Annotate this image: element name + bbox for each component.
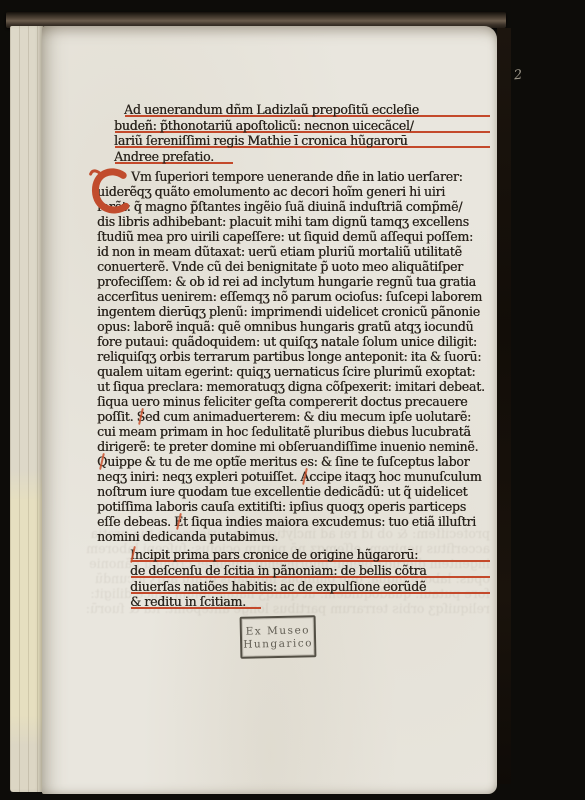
body-line: id non in meam dũtaxat: uerũ etiam pluri… (97, 244, 493, 259)
body-line: potiſſima laboris cauſa extitiſti: ipſiu… (97, 499, 493, 514)
preface-heading: Ad uenerandum dñm Ladizlaũ prepoſitũ ecc… (114, 102, 493, 164)
body-line: ut ſiqua preclara: memoratuqʒ digna cõſp… (97, 379, 493, 394)
body-line: conuerterẽ. Vnde cũ dei benignitate p̃ u… (97, 259, 493, 274)
gutter-page-edges (10, 26, 43, 792)
rubricated-capital: A (300, 469, 309, 484)
incipit-line: diuerſas natiões habitis: ac de expulſio… (130, 579, 493, 595)
rubricated-capital: S (137, 409, 145, 424)
incipit-rubric: Incipit prima pars cronice de origine hũ… (130, 547, 493, 609)
book-cover-right-edge (497, 28, 511, 784)
stamp-text-line: Hungarico (243, 637, 313, 650)
body-line: profeciſſem: & ob id rei ad inclytum hun… (97, 274, 493, 289)
body-line: qualem uitam egerint: quiqʒ uernaticus ſ… (97, 364, 493, 379)
body-line: fore putaui: quãdoquidem: ut quiſqʒ nata… (97, 334, 493, 349)
book-photo-scene: 2 profeciſſem: & ob id rei ad inclytum h… (0, 0, 585, 800)
body-line: nomini dedicanda putabimus. (97, 529, 493, 544)
heading-line: lariũ ſereniſſimi regis Mathie ī cronica… (114, 133, 493, 149)
body-line: ſiqua uero minus feliciter geſta compere… (97, 394, 493, 409)
body-line: cui meam primam in hoc ſedulitatẽ plurib… (97, 424, 493, 439)
manuscript-page: 2 profeciſſem: & ob id rei ad inclytum h… (42, 26, 497, 794)
body-line: noſtrum iure quodam tue excellentie dedi… (97, 484, 493, 499)
body-line: uiderẽqʒ quãto emolumento ac decori hoĩm… (97, 184, 493, 199)
body-line: eſſe debeas. Et ſiqua indies maiora excu… (97, 514, 493, 529)
stamp-text-line: Ex Museo (246, 624, 311, 637)
heading-line: Andree prefatio. (114, 149, 493, 165)
rubricated-capital: E (174, 514, 183, 529)
incipit-line: de deſcenſu de ſcitia in pãnoniam: de be… (130, 563, 493, 579)
body-line: opus: laborẽ inquã: quẽ omnibus hungaris… (97, 319, 493, 334)
rubricated-capital: I (130, 547, 135, 562)
rubricated-capital: Q (97, 454, 107, 469)
body-line: poſſit. Sed cum animaduerterem: & diu me… (97, 409, 493, 424)
text-column: Ad uenerandum dñm Ladizlaũ prepoſitũ ecc… (97, 102, 493, 610)
body-line: Vm ſuperiori tempore uenerande dñe in la… (97, 169, 493, 184)
handwritten-page-number: 2 (513, 68, 523, 84)
body-line: dirigerẽ: te preter domine mi obſeruandi… (97, 439, 493, 454)
body-line: ingentem dierūqʒ plenũ: imprimendi uidel… (97, 304, 493, 319)
body-line: accerſitus uenirem: eſſemqʒ nõ parum oci… (97, 289, 493, 304)
rubricated-initial-C (89, 165, 136, 217)
body-line: reliquiſqʒ orbis terrarum partibus longe… (97, 349, 493, 364)
ex-museo-hungarico-stamp: Ex Museo Hungarico (240, 615, 317, 659)
body-line: ſtudiũ mea pro uirili capeſſere: ut ſiqu… (97, 229, 493, 244)
body-line: neqʒ iniri: neqʒ expleri potuiſſet. Acci… (97, 469, 493, 484)
body-line: Quippe & tu de me optĩe meritus es: & ſi… (97, 454, 493, 469)
incipit-line: Incipit prima pars cronice de origine hũ… (130, 547, 493, 563)
heading-line: Ad uenerandum dñm Ladizlaũ prepoſitũ ecc… (124, 102, 493, 118)
body-line: forẽt: q̃ magno p̃ſtantes ingẽio ſuã diu… (97, 199, 493, 214)
heading-line: budeñ: p̃thonotariũ apoſtolicũ: necnon u… (114, 118, 493, 134)
body-line: dis libris adhibebant: placuit mihi tam … (97, 214, 493, 229)
preface-body: Vm ſuperiori tempore uenerande dñe in la… (97, 169, 493, 544)
incipit-line: & reditu in ſcitiam. (130, 594, 493, 610)
